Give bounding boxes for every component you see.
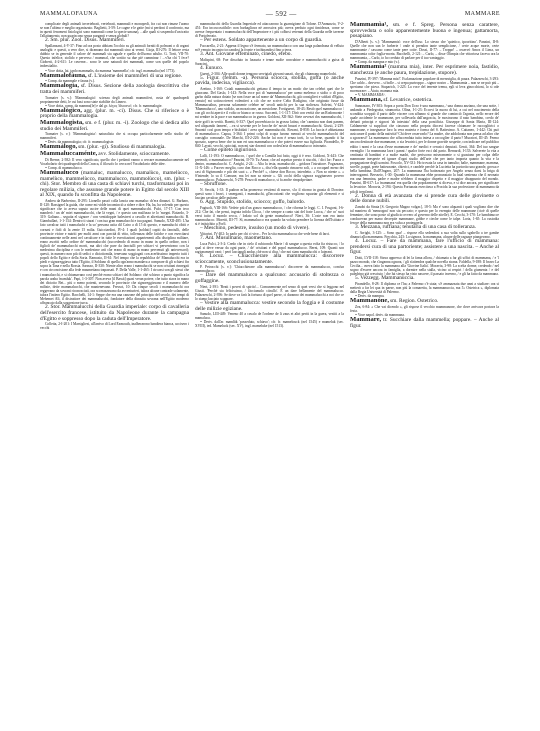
citation-text: Andrea da Barberino, II-293: Lionello pa… <box>40 199 189 305</box>
citation-text: Sanudo, LIII-449: Veneno 40 a cavalo de … <box>195 312 344 320</box>
headword: Mammanóne, <box>350 297 389 304</box>
headword: Mammaluccaménte, <box>40 150 97 157</box>
dictionary-entry: Mammalogista, sm. e f. (plur. m. -i). Zo… <box>40 120 189 132</box>
headword: Mammana, <box>350 96 382 103</box>
citation-text: Pirandello, 8-28: Il diploma ce l'ha; a … <box>350 282 499 294</box>
citation-text: D'Alberti [s. v.]: 'Mammamia': voce dell… <box>350 40 499 60</box>
column-left: complicate degli animali invertebrati, v… <box>40 22 189 330</box>
citation-text: Tramater [s. v.]: 'Mammalogia': scienza … <box>40 96 189 104</box>
citation-text: Zanobi da Strata [S. Gregorio Magno volg… <box>350 205 499 225</box>
citation-text: Tramater [s. v.]: 'Mammalogista': natura… <box>40 132 189 140</box>
dictionary-entry: Mammanóne, sm. Region. Ostetrico. <box>350 298 499 305</box>
citation-text: Colletta, 2-I-201: I Marsigliesi, all'ar… <box>40 322 189 330</box>
definition: sm. Region. Ostetrico. <box>390 298 438 304</box>
citation-text: Zea, 6-84: « Che vai dicendo », gli risp… <box>350 305 499 313</box>
citation-text: Fagiuoli, VIII-166: Vedete più d'un gonz… <box>195 206 344 226</box>
right-guide-word: MAMMARE <box>465 11 500 17</box>
citation-text: Aretino, 1-160: Cotali mammalucchi getta… <box>195 87 344 148</box>
citation-text: Sannazaro, IV-303: Sopra a porta Don Urz… <box>350 104 499 194</box>
sense-definition: 8. Locuz. – Chiacchierare alla mammalucc… <box>195 254 344 265</box>
dictionary-entry: Mammana, sf. Levatrice, ostetrica. <box>350 97 499 104</box>
sense-definition: 2. Donna di età avanzata che si prende c… <box>350 194 499 205</box>
dictionary-columns: complicate degli animali invertebrati, v… <box>40 22 500 330</box>
headword: Mammalofàuna, <box>40 72 87 79</box>
citation-text: complicate degli animali invertebrati, v… <box>40 22 189 38</box>
sense-definition: 2. Stor. Mammalucchi della Guardia imper… <box>40 305 189 322</box>
citation-text: Spallanzani, 4-V-37: Fino ad ora posto a… <box>40 44 189 69</box>
sense-definition: – Dare del mammalucco a qualcuno: accusa… <box>195 273 344 284</box>
dictionary-entry: Mammalogìa, sf. Disus. Sezione della zoo… <box>40 83 189 95</box>
etymology-note: = Deriv. dall'ar. mamlūk 'posseduto, sch… <box>195 320 344 328</box>
citation-text: Dotti, LVII-118: Stava appresso di lei l… <box>350 256 499 276</box>
column-right: Mammamìa¹, sm. e f. Spreg. Persona senza… <box>350 22 499 330</box>
definition: avv. Stolidamente, scioccamente. <box>98 151 170 157</box>
dictionary-entry: Mammaluccaménte, avv. Stolidamente, scio… <box>40 151 189 158</box>
column-middle: mammalucchi della Guardia Imperiale ed a… <box>195 22 344 330</box>
citation-text: mammalucchi della Guardia Imperiale ed a… <box>195 22 344 38</box>
page-number: — 592 — <box>266 10 297 18</box>
dictionary-entry: Mammamìa² (mamma mia), inter. Per esprim… <box>350 64 499 76</box>
definition: sf. L'insieme dei mammiferi di una regio… <box>88 73 182 79</box>
dictionary-entry: Mammalofàuna, sf. L'insieme dei mammifer… <box>40 73 189 80</box>
left-guide-word: MAMMALOFAUNA <box>40 11 98 17</box>
dictionary-entry: Mammamìa¹, sm. e f. Spreg. Persona senza… <box>350 22 499 40</box>
citation-text: Lalli, 11-193: O mammalucco, / quel che … <box>195 154 344 183</box>
citation-text: Di Breme, 2-582: Il vero significato, qu… <box>40 158 189 166</box>
sense-definition: 4. Locuz. – Fare da mammana, fare l'uffi… <box>350 239 499 256</box>
definition: sf. Levatrice, ostetrica. <box>383 97 432 103</box>
sense-definition: – Vestire alla mammalucca: vestire secon… <box>195 301 344 312</box>
sense-definition: 5. Figur. (femm. -a). Persona sciocca, s… <box>195 76 344 87</box>
dictionary-entry: Mammare, tr. Succhiare dalla mammella; p… <box>350 317 499 329</box>
citation-text: Panzini, IV-397: 'Mamma mia!'. Esclamazi… <box>350 77 499 93</box>
citation-text: Nieri, 2-391: 'Beati i poveri di spirito… <box>195 285 344 301</box>
page-header: MAMMALOFAUNA — 592 — MAMMARE <box>40 8 500 20</box>
dictionary-entry: Mammalucco (mamaluc, mamalucco, mamalùco… <box>40 170 189 199</box>
